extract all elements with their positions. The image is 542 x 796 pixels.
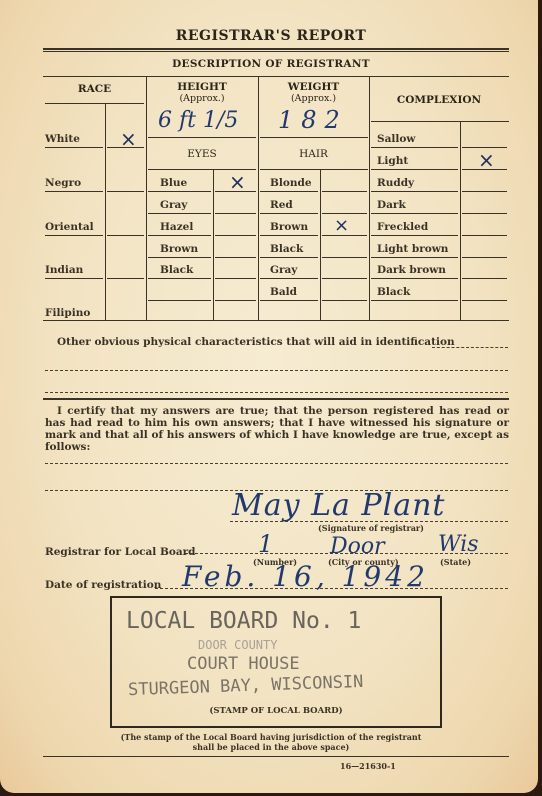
- complexion-sallow-label: Sallow: [377, 133, 415, 145]
- hair-bald-label: Bald: [270, 286, 297, 298]
- certification-text: I certify that my answers are true; that…: [45, 405, 509, 453]
- row-rule: [260, 213, 318, 214]
- row-rule: [322, 300, 367, 301]
- other-characteristics-line-2[interactable]: [45, 370, 508, 371]
- row-rule: [462, 257, 507, 258]
- race-header: RACE: [43, 83, 146, 95]
- local-board-label: Registrar for Local Board: [45, 546, 196, 558]
- row-rule: [107, 191, 144, 192]
- section-title: DESCRIPTION OF REGISTRANT: [0, 58, 542, 70]
- row-rule: [45, 278, 103, 279]
- hair-blonde-label: Blonde: [270, 177, 312, 189]
- eyes-header: EYES: [146, 148, 258, 160]
- row-rule: [215, 300, 256, 301]
- hair-brown-checkbox[interactable]: ×: [334, 216, 349, 236]
- hair-gray-label: Gray: [270, 264, 297, 276]
- hair-brown-label: Brown: [270, 221, 308, 233]
- hair-header: HAIR: [258, 148, 369, 160]
- row-rule: [322, 235, 367, 236]
- row-rule: [45, 191, 103, 192]
- height-header: HEIGHT: [146, 81, 258, 93]
- table-top-border: [43, 76, 509, 77]
- registration-date-label: Date of registration: [45, 579, 161, 591]
- signature-caption: (Signature of registrar): [318, 523, 424, 533]
- stamp-note-line-2: shall be placed in the above space): [0, 742, 542, 752]
- row-rule: [371, 213, 458, 214]
- race-header-rule: [45, 103, 144, 104]
- hair-red-label: Red: [270, 199, 293, 211]
- stamp-line-2: DOOR COUNTY: [198, 638, 277, 652]
- row-rule: [260, 191, 318, 192]
- signature-line: [230, 521, 508, 522]
- hair-black-label: Black: [270, 243, 303, 255]
- table-divider: [369, 77, 370, 320]
- complexion-ruddy-label: Ruddy: [377, 177, 414, 189]
- form-number: 16—21630-1: [340, 761, 396, 771]
- height-value[interactable]: 6 ft 1/5: [158, 108, 238, 133]
- eyes-blue-checkbox[interactable]: ×: [229, 172, 246, 192]
- eyes-gray-label: Gray: [160, 199, 187, 211]
- table-divider: [258, 77, 259, 320]
- row-rule: [371, 191, 458, 192]
- race-oriental-label: Oriental: [45, 221, 94, 233]
- row-rule: [462, 235, 507, 236]
- local-board-stamp: LOCAL BOARD No. 1 DOOR COUNTY COURT HOUS…: [110, 596, 442, 728]
- eyes-blue-label: Blue: [160, 177, 187, 189]
- row-rule: [215, 213, 256, 214]
- row-rule: [260, 300, 318, 301]
- complexion-dark-label: Dark: [377, 199, 406, 211]
- registrar-signature[interactable]: May La Plant: [232, 488, 445, 523]
- row-rule: [322, 257, 367, 258]
- row-rule: [260, 235, 318, 236]
- other-characteristics-label: Other obvious physical characteristics t…: [57, 336, 455, 348]
- race-white-checkbox[interactable]: ×: [120, 129, 137, 149]
- section-divider: [43, 398, 509, 400]
- row-rule: [148, 235, 211, 236]
- row-rule: [462, 300, 507, 301]
- weight-rule: [260, 137, 368, 138]
- local-board-number[interactable]: 1: [258, 530, 273, 558]
- weight-subheader: (Approx.): [258, 93, 369, 105]
- complexion-dark-brown-label: Dark brown: [377, 264, 446, 276]
- height-rule: [148, 137, 256, 138]
- row-rule: [371, 300, 458, 301]
- row-rule: [462, 169, 507, 170]
- weight-value[interactable]: 182: [278, 106, 348, 134]
- local-board-state[interactable]: Wis: [438, 532, 479, 557]
- page-title: REGISTRAR'S REPORT: [0, 28, 542, 44]
- state-caption: (State): [440, 557, 471, 567]
- row-rule: [215, 235, 256, 236]
- table-divider: [146, 77, 147, 320]
- row-rule: [462, 213, 507, 214]
- race-negro-label: Negro: [45, 177, 81, 189]
- complexion-header: COMPLEXION: [369, 94, 509, 106]
- row-rule: [107, 278, 144, 279]
- registration-card: REGISTRAR'S REPORT DESCRIPTION OF REGIST…: [0, 0, 538, 793]
- stamp-caption: (STAMP OF LOCAL BOARD): [112, 706, 440, 716]
- row-rule: [371, 235, 458, 236]
- row-rule: [462, 147, 507, 148]
- stamp-note-line-1: (The stamp of the Local Board having jur…: [0, 732, 542, 742]
- row-rule: [322, 278, 367, 279]
- race-white-label: White: [45, 133, 80, 145]
- row-rule: [148, 300, 211, 301]
- eyes-brown-label: Brown: [160, 243, 198, 255]
- row-rule: [322, 191, 367, 192]
- row-rule: [215, 257, 256, 258]
- registration-date-value[interactable]: Feb. 16, 1942: [182, 560, 429, 593]
- row-rule: [45, 147, 103, 148]
- title-divider: [43, 48, 509, 52]
- row-rule: [462, 278, 507, 279]
- row-rule: [260, 278, 318, 279]
- other-characteristics-line-3[interactable]: [45, 392, 508, 393]
- row-rule: [148, 257, 211, 258]
- table-divider: [105, 103, 106, 320]
- row-rule: [107, 147, 144, 148]
- stamp-line-1: LOCAL BOARD No. 1: [126, 608, 361, 634]
- complexion-black-label: Black: [377, 286, 410, 298]
- height-subheader: (Approx.): [146, 93, 258, 105]
- complexion-light-brown-label: Light brown: [377, 243, 448, 255]
- local-board-county[interactable]: Door: [330, 534, 385, 559]
- eyes-hazel-label: Hazel: [160, 221, 193, 233]
- row-rule: [371, 278, 458, 279]
- race-indian-label: Indian: [45, 264, 83, 276]
- row-rule: [371, 169, 458, 170]
- table-divider: [213, 169, 214, 320]
- stamp-line-3: COURT HOUSE: [187, 654, 300, 674]
- footer-divider: [43, 756, 509, 757]
- row-rule: [260, 257, 318, 258]
- hair-header-rule: [260, 169, 368, 170]
- certification-exceptions-line-1[interactable]: [45, 463, 508, 464]
- complexion-light-checkbox[interactable]: ×: [478, 150, 495, 170]
- other-characteristics-input[interactable]: [432, 347, 508, 348]
- table-bottom-border: [43, 320, 509, 321]
- row-rule: [215, 278, 256, 279]
- row-rule: [107, 235, 144, 236]
- row-rule: [45, 235, 103, 236]
- stamp-line-4: STURGEON BAY, WISCONSIN: [128, 672, 364, 700]
- row-rule: [148, 213, 211, 214]
- row-rule: [148, 191, 211, 192]
- complexion-header-rule: [371, 121, 509, 122]
- weight-header: WEIGHT: [258, 81, 369, 93]
- row-rule: [322, 213, 367, 214]
- row-rule: [215, 191, 256, 192]
- table-divider: [460, 122, 461, 320]
- eyes-black-label: Black: [160, 264, 193, 276]
- row-rule: [462, 191, 507, 192]
- complexion-freckled-label: Freckled: [377, 221, 428, 233]
- complexion-light-label: Light: [377, 155, 408, 167]
- row-rule: [371, 147, 458, 148]
- table-divider: [320, 169, 321, 320]
- row-rule: [371, 257, 458, 258]
- race-filipino-label: Filipino: [45, 307, 90, 319]
- row-rule: [148, 278, 211, 279]
